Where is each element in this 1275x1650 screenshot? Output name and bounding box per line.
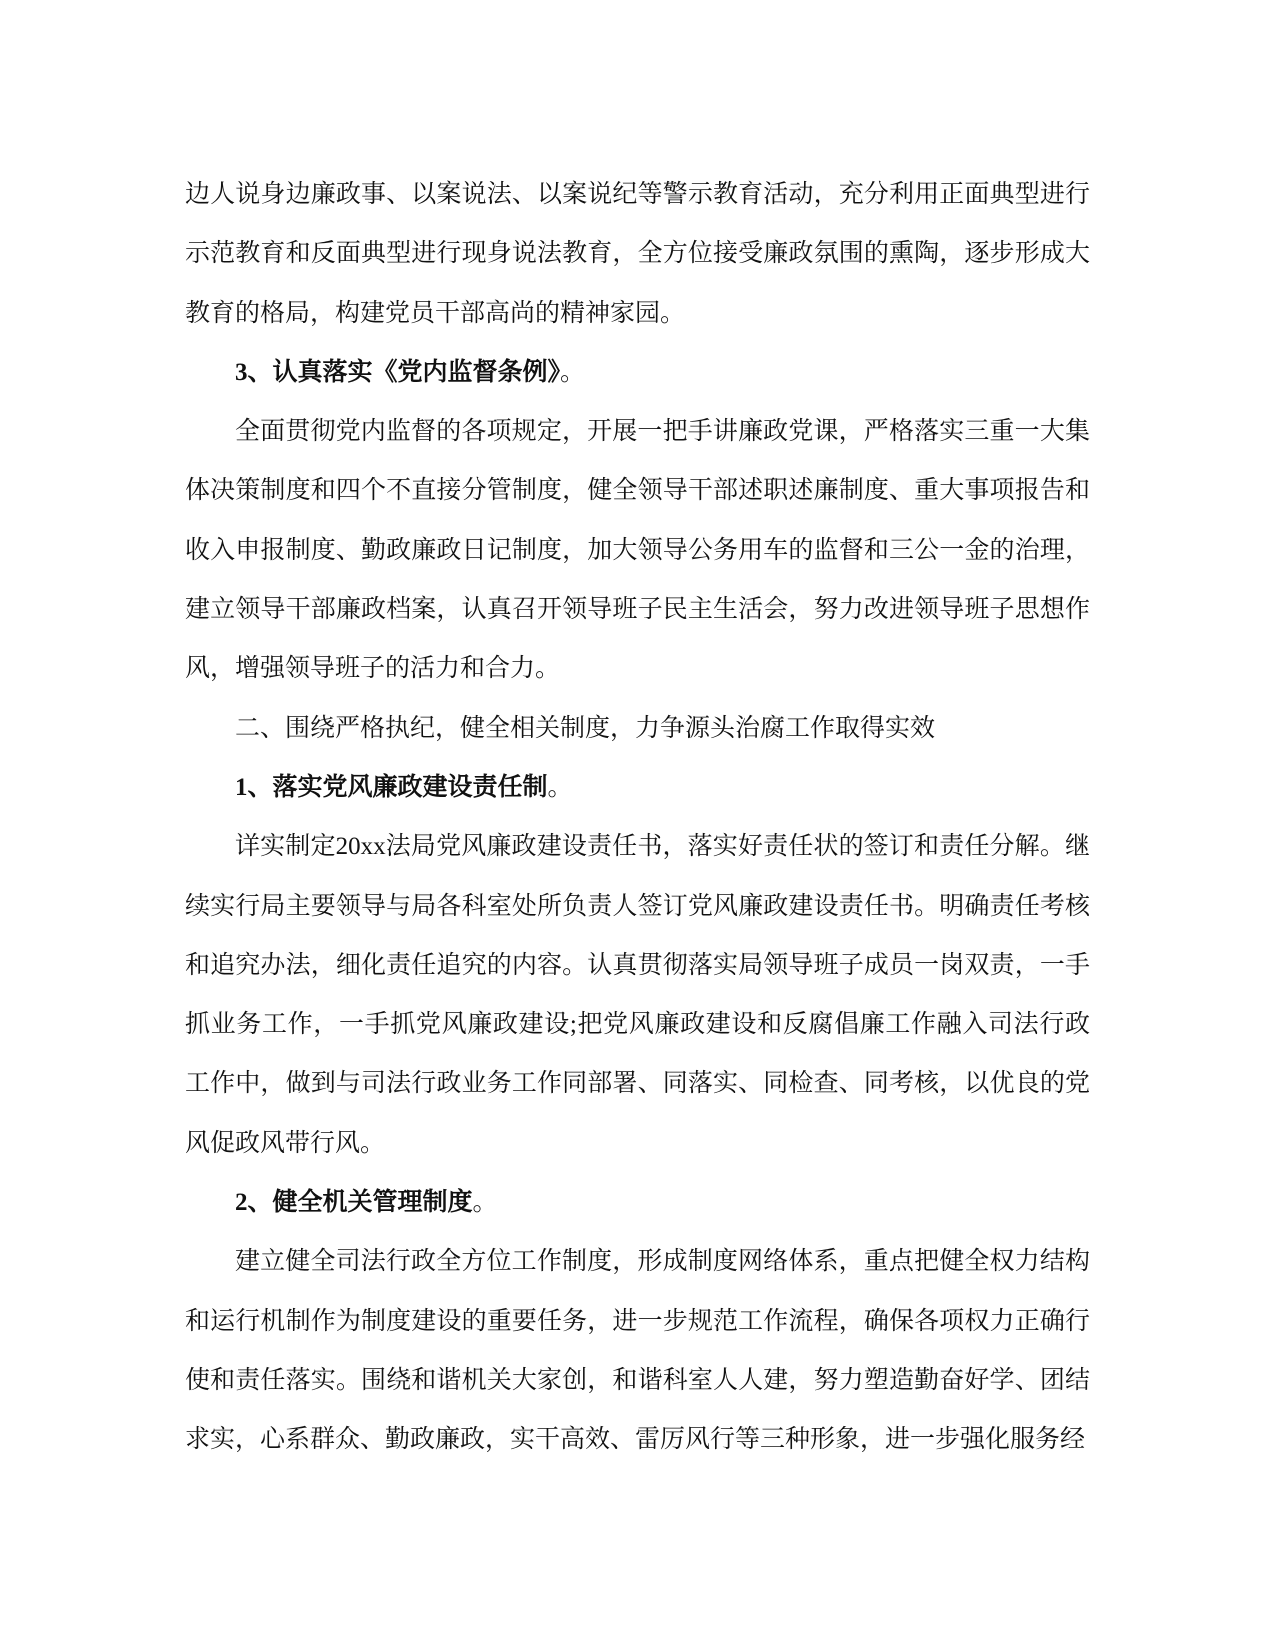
section-title-line: 二、围绕严格执纪，健全相关制度，力争源头治腐工作取得实效 bbox=[185, 699, 1090, 758]
body-paragraph-continuation: 边人说身边廉政事、以案说法、以案说纪等警示教育活动，充分利用正面典型进行示范教育… bbox=[185, 165, 1090, 343]
body-paragraph: 详实制定20xx法局党风廉政建设责任书，落实好责任状的签订和责任分解。继续实行局… bbox=[185, 817, 1090, 1173]
heading-period: 。 bbox=[548, 774, 573, 801]
heading-text: 2、健全机关管理制度 bbox=[235, 1189, 473, 1216]
numbered-heading-1: 1、落实党风廉政建设责任制。 bbox=[185, 758, 1090, 817]
heading-text: 1、落实党风廉政建设责任制 bbox=[235, 774, 548, 801]
body-paragraph: 全面贯彻党内监督的各项规定，开展一把手讲廉政党课，严格落实三重一大集体决策制度和… bbox=[185, 402, 1090, 698]
document-page: 边人说身边廉政事、以案说法、以案说纪等警示教育活动，充分利用正面典型进行示范教育… bbox=[0, 0, 1275, 1650]
document-content: 边人说身边廉政事、以案说法、以案说纪等警示教育活动，充分利用正面典型进行示范教育… bbox=[0, 0, 1090, 1470]
body-paragraph-cutoff: 建立健全司法行政全方位工作制度，形成制度网络体系，重点把健全权力结构和运行机制作… bbox=[185, 1232, 1090, 1469]
numbered-heading-2: 2、健全机关管理制度。 bbox=[185, 1173, 1090, 1232]
heading-text: 3、认真落实《党内监督条例》 bbox=[235, 359, 560, 386]
heading-period: 。 bbox=[560, 359, 585, 386]
numbered-heading-3: 3、认真落实《党内监督条例》。 bbox=[185, 343, 1090, 402]
heading-period: 。 bbox=[473, 1189, 498, 1216]
